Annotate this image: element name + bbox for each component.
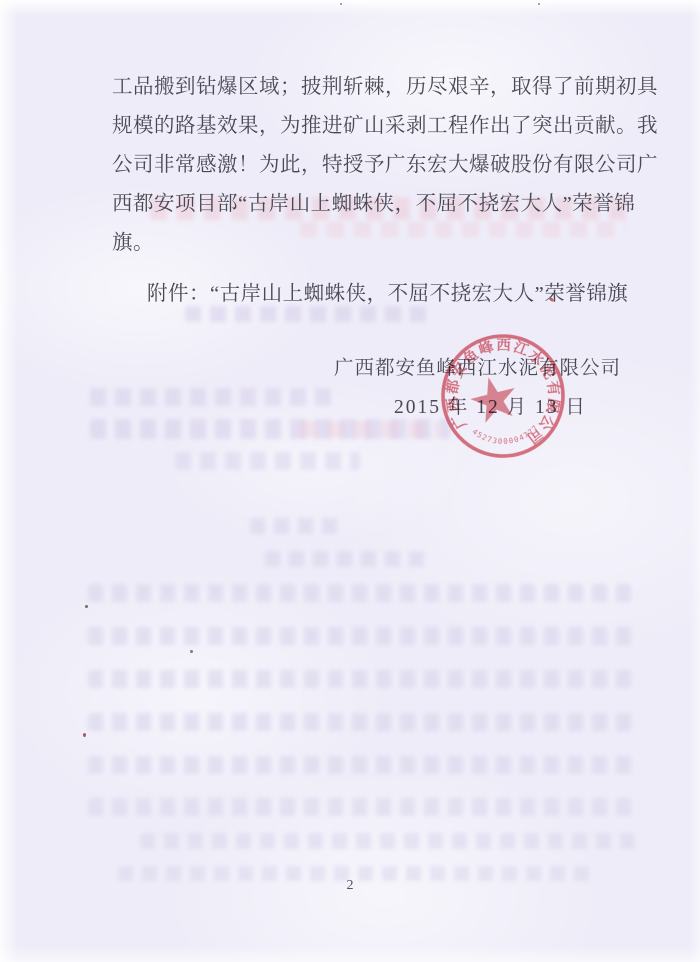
bleedthrough-text-row [300, 421, 440, 438]
bleedthrough-text-row [88, 798, 633, 816]
bleedthrough-text-row [140, 833, 635, 849]
bleedthrough-text-row [175, 452, 360, 470]
bleedthrough-text-row [88, 584, 633, 602]
body-paragraph: 工品搬到钻爆区域；披荆斩棘，历尽艰辛，取得了前期初具 规模的路基效果，为推进矿山… [112, 68, 612, 263]
scanned-letter-page: 工品搬到钻爆区域；披荆斩棘，历尽艰辛，取得了前期初具 规模的路基效果，为推进矿山… [0, 0, 700, 962]
bleedthrough-text-row [90, 388, 340, 406]
bleedthrough-text-row [88, 670, 633, 688]
red-mark-speck [83, 733, 86, 737]
body-line-4: 西都安项目部“古岸山上蜘蛛侠，不屈不挠宏大人”荣誉锦 [112, 185, 612, 224]
seal-star-icon [469, 376, 517, 424]
scan-edge-bottom [0, 946, 700, 962]
bleedthrough-text-row [88, 713, 633, 731]
dust-speck [85, 605, 88, 608]
body-line-5: 旗。 [112, 224, 612, 263]
scan-edge-left [0, 0, 18, 962]
dust-speck [190, 650, 193, 653]
body-line-1: 工品搬到钻爆区域；披荆斩棘，历尽艰辛，取得了前期初具 [112, 68, 612, 107]
bleedthrough-text-row [90, 419, 450, 439]
bleedthrough-text-row [250, 518, 345, 534]
dust-speck [340, 3, 342, 5]
bleedthrough-text-row [88, 756, 633, 774]
scan-edge-top [0, 0, 700, 16]
company-seal-stamp: 广西都安鱼峰西江水泥有限公司 4527300004777 [434, 327, 573, 466]
scan-edge-right [690, 0, 700, 962]
bleedthrough-text-row [265, 551, 430, 567]
bleedthrough-text-row [185, 306, 430, 322]
body-line-3: 公司非常感激！为此，特授予广东宏大爆破股份有限公司广 [112, 146, 612, 185]
body-line-2: 规模的路基效果，为推进矿山采剥工程作出了突出贡献。我 [112, 107, 612, 146]
attachment-line: 附件：“古岸山上蜘蛛侠，不屈不挠宏大人”荣誉锦旗 [147, 276, 628, 306]
dust-speck [538, 3, 540, 5]
bleedthrough-text-row [88, 627, 633, 645]
page-number: 2 [0, 878, 700, 894]
